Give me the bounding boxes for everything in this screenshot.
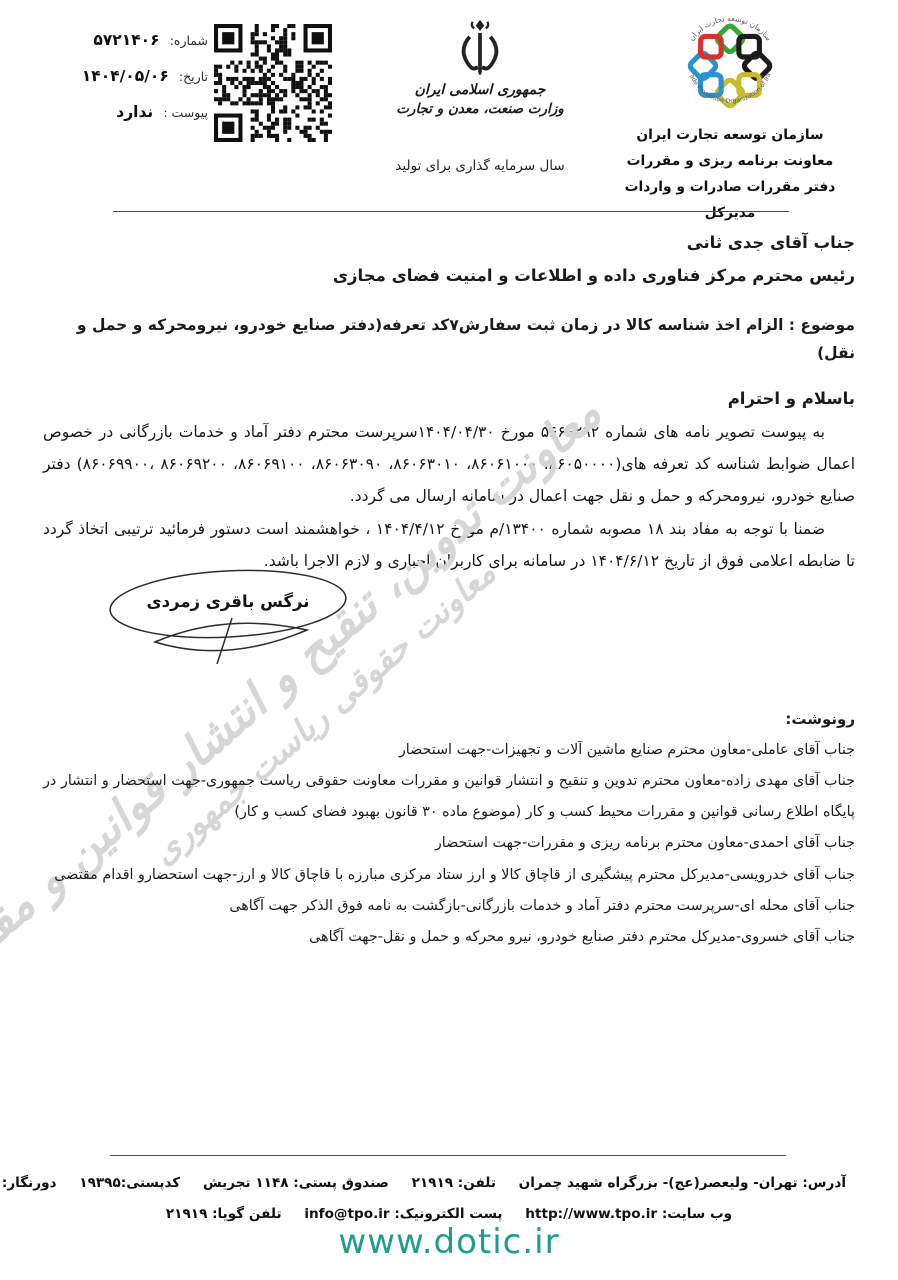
signer-name: نرگس باقری زمردی bbox=[118, 592, 338, 611]
letter-attachment-label: پیوست : bbox=[163, 105, 208, 120]
subject-line: موضوع : الزام اخذ شناسه کالا در زمان ثبت… bbox=[43, 311, 855, 367]
letter-attachment-value: ندارد bbox=[116, 103, 153, 121]
footer-phone: تلفن: ۲۱۹۱۹ bbox=[412, 1168, 496, 1199]
recipient-name: جناب آقای جدی ثانی bbox=[43, 228, 855, 258]
footer-contact: آدرس: تهران- ولیعصر(عج)- بزرگراه شهید چم… bbox=[43, 1168, 855, 1230]
letter-body: جناب آقای جدی ثانی رئیس محترم مرکز فناور… bbox=[43, 228, 855, 578]
cc-item: جناب آقای محله ای-سرپرست محترم دفتر آماد… bbox=[43, 891, 855, 922]
letter-number-value: ۵۷۲۱۴۰۶ bbox=[93, 31, 159, 49]
cc-section: رونوشت: جناب آقای عاملی-معاون محترم صنای… bbox=[43, 703, 855, 953]
tpo-logo-icon: سازمان توسعه تجارت ایران Trade Promotion… bbox=[674, 8, 786, 120]
org-title-line: دفتر مقررات صادرات و واردات bbox=[600, 174, 860, 200]
footer-website-url: http://www.tpo.ir bbox=[525, 1206, 657, 1222]
ministry-name-line: وزارت صنعت، معدن و تجارت bbox=[355, 101, 605, 117]
salutation: باسلام و احترام bbox=[43, 389, 855, 408]
org-title-line: معاونت برنامه ریزی و مقررات bbox=[600, 148, 860, 174]
dotic-site-watermark: www.dotic.ir bbox=[0, 1222, 898, 1262]
organization-block: سازمان توسعه تجارت ایران Trade Promotion… bbox=[600, 8, 860, 226]
cc-item: جناب آقای احمدی-معاون محترم برنامه ریزی … bbox=[43, 828, 855, 859]
qr-code bbox=[214, 24, 332, 142]
cc-item: جناب آقای مهدی زاده-معاون محترم تدوین و … bbox=[43, 766, 855, 828]
footer-fax: دورنگار: ۵-۲۲۶۶۴۰۴۴ bbox=[0, 1168, 57, 1199]
footer-row-1: آدرس: تهران- ولیعصر(عج)- بزرگراه شهید چم… bbox=[43, 1168, 855, 1199]
year-slogan: سال سرمایه گذاری برای تولید bbox=[355, 158, 605, 174]
iran-emblem-block: جمهوری اسلامی ایران وزارت صنعت، معدن و ت… bbox=[355, 18, 605, 117]
cc-item: جناب آقای عاملی-معاون محترم صنایع ماشین … bbox=[43, 735, 855, 766]
header-divider bbox=[113, 211, 789, 212]
ministry-country-line: جمهوری اسلامی ایران bbox=[355, 82, 605, 98]
cc-item: جناب آقای خدرویسی-مدیرکل محترم پیشگیری ا… bbox=[43, 860, 855, 891]
footer-email-label: پست الکترونیک: bbox=[394, 1206, 502, 1222]
cc-label: رونوشت: bbox=[43, 703, 855, 735]
footer-postal-code: کدپستی:۱۹۳۹۵ bbox=[79, 1168, 180, 1199]
org-title-line: مدیرکل bbox=[600, 200, 860, 226]
letter-attachment: پیوست : ندارد bbox=[46, 102, 208, 121]
org-title-line: سازمان توسعه تجارت ایران bbox=[600, 122, 860, 148]
body-paragraph-1: به پیوست تصویر نامه های شماره ۵۶۶۶۲۹۲ مو… bbox=[43, 417, 855, 512]
footer-address: آدرس: تهران- ولیعصر(عج)- بزرگراه شهید چم… bbox=[519, 1168, 846, 1199]
letter-number-label: شماره: bbox=[170, 33, 208, 48]
signature-block: نرگس باقری زمردی bbox=[100, 556, 356, 668]
footer-divider bbox=[110, 1155, 786, 1156]
footer-pobox: صندوق پستی: ۱۱۴۸ تجریش bbox=[203, 1168, 389, 1199]
letter-date-value: ۱۴۰۴/۰۵/۰۶ bbox=[82, 67, 169, 85]
letter-date: تاریخ: ۱۴۰۴/۰۵/۰۶ bbox=[46, 66, 208, 85]
recipient-title: رئیس محترم مرکز فناوری داده و اطلاعات و … bbox=[43, 261, 855, 291]
document-page: شماره: ۵۷۲۱۴۰۶ تاریخ: ۱۴۰۴/۰۵/۰۶ پیوست :… bbox=[0, 0, 898, 1280]
footer-website-label: وب سایت: bbox=[662, 1206, 732, 1222]
cc-item: جناب آقای خسروی-مدیرکل محترم دفتر صنایع … bbox=[43, 922, 855, 953]
letter-date-label: تاریخ: bbox=[179, 69, 208, 84]
letter-meta: شماره: ۵۷۲۱۴۰۶ تاریخ: ۱۴۰۴/۰۵/۰۶ پیوست :… bbox=[46, 30, 208, 138]
signature-scribble bbox=[100, 556, 356, 668]
letter-number: شماره: ۵۷۲۱۴۰۶ bbox=[46, 30, 208, 49]
footer-email-address: info@tpo.ir bbox=[304, 1206, 389, 1222]
iran-emblem-icon bbox=[445, 18, 515, 80]
